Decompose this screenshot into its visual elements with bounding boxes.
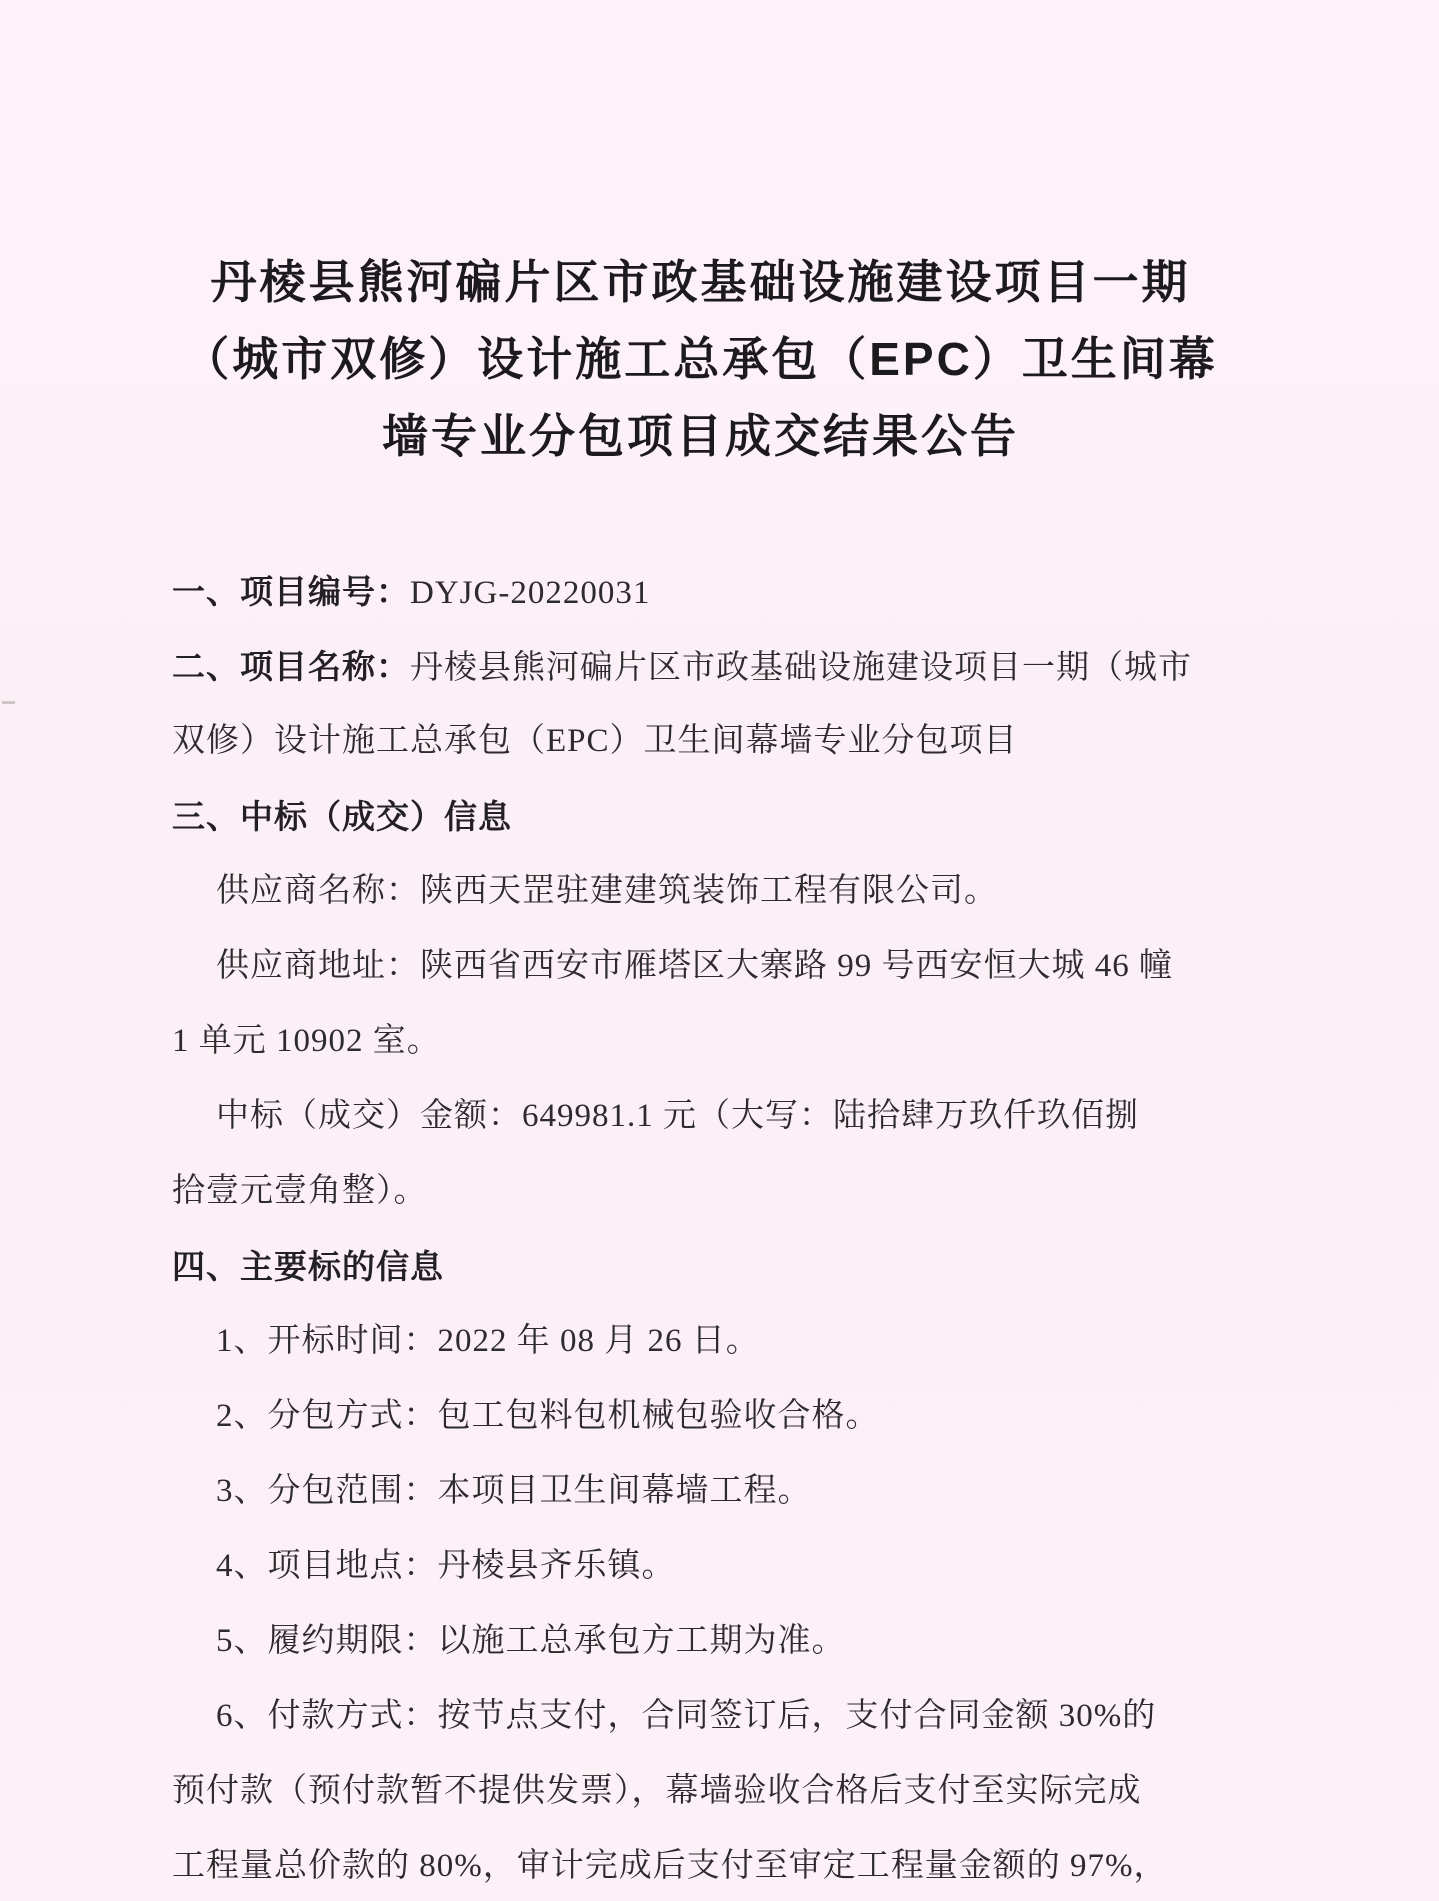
section-subject-info-heading: 四、主要标的信息 xyxy=(172,1229,1229,1304)
detail-item-subcontract-scope: 3、分包范围：本项目卫生间幕墙工程。 xyxy=(172,1454,1229,1529)
project-number-value: DYJG-20220031 xyxy=(410,575,650,611)
award-amount-text-2: 拾壹元壹角整）。 xyxy=(172,1173,428,1209)
award-amount-line-1: 中标（成交）金额：649981.1 元（大写：陆拾肆万玖仟玖佰捌 xyxy=(172,1079,1229,1154)
supplier-address-line-2: 1 单元 10902 室。 xyxy=(172,1004,1229,1079)
project-name-value-line-2: 双修）设计施工总承包（EPC）卫生间幕墙专业分包项目 xyxy=(172,723,1018,759)
project-name-value-line-1: 丹棱县熊河碥片区市政基础设施建设项目一期（城市 xyxy=(410,650,1192,686)
supplier-name-line: 供应商名称：陕西天罡驻建建筑装饰工程有限公司。 xyxy=(172,854,1229,929)
payment-text-3: 工程量总价款的 80%，审计完成后支付至审定工程量金额的 97%， xyxy=(172,1848,1167,1884)
document-page: 丹棱县熊河碥片区市政基础设施建设项目一期 （城市双修）设计施工总承包（EPC）卫… xyxy=(0,0,1439,1901)
subcontract-scope-text: 3、分包范围：本项目卫生间幕墙工程。 xyxy=(216,1473,812,1509)
award-amount-line-2: 拾壹元壹角整）。 xyxy=(172,1154,1229,1229)
supplier-address-line-1: 供应商地址：陕西省西安市雁塔区大寨路 99 号西安恒大城 46 幢 xyxy=(172,929,1229,1004)
award-amount-text-1: 中标（成交）金额：649981.1 元（大写：陆拾肆万玖仟玖佰捌 xyxy=(216,1098,1139,1134)
bid-opening-text: 1、开标时间：2022 年 08 月 26 日。 xyxy=(216,1323,760,1359)
detail-item-subcontract-mode: 2、分包方式：包工包料包机械包验收合格。 xyxy=(172,1379,1229,1454)
document-content: 丹棱县熊河碥片区市政基础设施建设项目一期 （城市双修）设计施工总承包（EPC）卫… xyxy=(0,0,1439,1901)
detail-item-project-location: 4、项目地点：丹棱县齐乐镇。 xyxy=(172,1529,1229,1604)
award-info-heading-label: 三、中标（成交）信息 xyxy=(172,798,512,835)
document-body: 一、项目编号：DYJG-20220031 二、项目名称：丹棱县熊河碥片区市政基础… xyxy=(172,554,1229,1901)
section-project-number: 一、项目编号：DYJG-20220031 xyxy=(172,554,1229,629)
detail-item-bid-opening: 1、开标时间：2022 年 08 月 26 日。 xyxy=(172,1304,1229,1379)
payment-text-1: 6、付款方式：按节点支付，合同签订后，支付合同金额 30%的 xyxy=(216,1698,1156,1734)
subject-info-heading-label: 四、主要标的信息 xyxy=(172,1248,444,1285)
detail-item-payment-line-3: 工程量总价款的 80%，审计完成后支付至审定工程量金额的 97%， xyxy=(172,1829,1229,1901)
section-award-info-heading: 三、中标（成交）信息 xyxy=(172,779,1229,854)
section-project-name-line-2: 双修）设计施工总承包（EPC）卫生间幕墙专业分包项目 xyxy=(172,704,1229,779)
detail-item-payment-line-1: 6、付款方式：按节点支付，合同签订后，支付合同金额 30%的 xyxy=(172,1679,1229,1754)
supplier-name-text: 供应商名称：陕西天罡驻建建筑装饰工程有限公司。 xyxy=(216,873,998,909)
project-number-label: 一、项目编号： xyxy=(172,573,410,610)
subcontract-mode-text: 2、分包方式：包工包料包机械包验收合格。 xyxy=(216,1398,880,1434)
title-line-3: 墙专业分包项目成交结果公告 xyxy=(172,398,1229,475)
scan-artifact xyxy=(2,701,15,704)
document-title: 丹棱县熊河碥片区市政基础设施建设项目一期 （城市双修）设计施工总承包（EPC）卫… xyxy=(172,244,1229,475)
section-project-name-line-1: 二、项目名称：丹棱县熊河碥片区市政基础设施建设项目一期（城市 xyxy=(172,629,1229,704)
payment-text-2: 预付款（预付款暂不提供发票），幕墙验收合格后支付至实际完成 xyxy=(172,1773,1142,1809)
project-location-text: 4、项目地点：丹棱县齐乐镇。 xyxy=(216,1548,676,1584)
title-line-1: 丹棱县熊河碥片区市政基础设施建设项目一期 xyxy=(172,244,1229,321)
supplier-address-text-2: 1 单元 10902 室。 xyxy=(172,1023,441,1059)
supplier-address-text-1: 供应商地址：陕西省西安市雁塔区大寨路 99 号西安恒大城 46 幢 xyxy=(216,948,1173,984)
detail-item-payment-line-2: 预付款（预付款暂不提供发票），幕墙验收合格后支付至实际完成 xyxy=(172,1754,1229,1829)
performance-period-text: 5、履约期限：以施工总承包方工期为准。 xyxy=(216,1623,846,1659)
title-line-2: （城市双修）设计施工总承包（EPC）卫生间幕 xyxy=(172,321,1229,398)
project-name-label: 二、项目名称： xyxy=(172,648,410,685)
detail-item-performance-period: 5、履约期限：以施工总承包方工期为准。 xyxy=(172,1604,1229,1679)
